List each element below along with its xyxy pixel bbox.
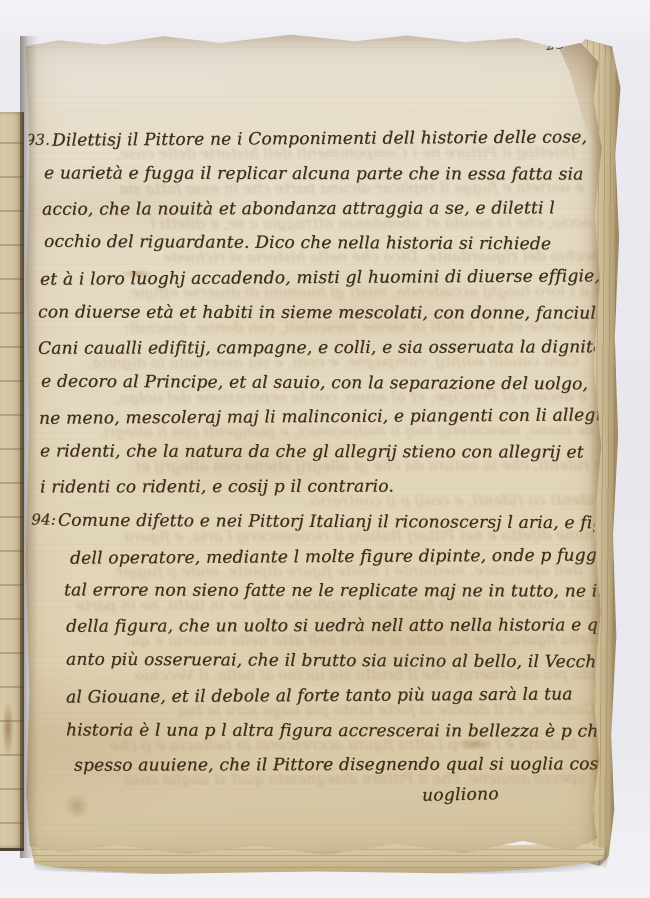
manuscript-line: tal errore non sieno fatte ne le replica… (64, 581, 650, 602)
line-text: i ridenti co ridenti, e cosij p il contr… (40, 477, 394, 498)
line-text: anto più osseruerai, che il brutto sia u… (66, 650, 613, 673)
line-text: et à i loro luoghj accadendo, misti gl h… (40, 266, 600, 289)
line-text: Cani caualli edifitij, campagne, e colli… (38, 337, 609, 358)
catchword: uogliono (422, 784, 499, 806)
manuscript-line: accio, che la nouità et abondanza attrag… (42, 198, 555, 219)
line-text: dell operatore, mediante l molte figure … (70, 545, 611, 568)
gutter-shadow (20, 36, 38, 858)
photo-stage: 23 Dilettisj il Pittore ne i Componiment… (0, 0, 650, 898)
line-text: Comune difetto e nei Pittorj Italianj il… (58, 510, 633, 533)
line-text: e decoro al Principe, et al sauio, con l… (41, 371, 588, 394)
manuscript-line: e uarietà e fugga il replicar alcuna par… (44, 163, 583, 184)
line-text: historia è l una p l altra figura accres… (66, 720, 609, 741)
manuscript-line: anto più osseruerai, che il brutto sia u… (66, 650, 613, 673)
manuscript-line: dell operatore, mediante l molte figure … (70, 545, 611, 568)
manuscript-page: 23 Dilettisj il Pittore ne i Componiment… (24, 33, 604, 859)
manuscript-line: 94:Comune difetto e nei Pittorj Italianj… (58, 510, 633, 533)
manuscript-line: al Giouane, et il debole al forte tanto … (66, 684, 573, 707)
line-text: e ridenti, che la natura da che gl alleg… (40, 442, 584, 463)
line-text: tal errore non sieno fatte ne le replica… (64, 581, 650, 602)
manuscript-line: i ridenti co ridenti, e cosij p il contr… (40, 477, 394, 498)
line-text: Dilettisj il Pittore ne i Componimenti d… (52, 127, 587, 150)
line-text: ne meno, mescoleraj maj li malinconici, … (39, 406, 615, 430)
line-text: con diuerse età et habiti in sieme mesco… (38, 302, 608, 323)
manuscript-text-block: 93.Dilettisj il Pittore ne i Componiment… (36, 129, 596, 829)
manuscript-line: spesso auuiene, che il Pittore disegnend… (74, 755, 609, 776)
manuscript-line: Cani caualli edifitij, campagne, e colli… (38, 337, 609, 358)
manuscript-line: historia è l una p l altra figura accres… (66, 720, 609, 741)
manuscript-line: e ridenti, che la natura da che gl alleg… (40, 442, 584, 463)
line-text: della figura, che un uolto si uedrà nell… (66, 615, 615, 636)
line-text: accio, che la nouità et abondanza attrag… (42, 198, 555, 219)
manuscript-line: et à i loro luoghj accadendo, misti gl h… (40, 266, 600, 289)
line-text: al Giouane, et il debole al forte tanto … (66, 684, 573, 707)
manuscript-line: occhio del riguardante. Dico che nella h… (44, 232, 551, 254)
manuscript-line: ne meno, mescoleraj maj li malinconici, … (39, 406, 615, 430)
line-text: e uarietà e fugga il replicar alcuna par… (44, 163, 583, 184)
folio-number: 23 (545, 36, 567, 54)
line-text: spesso auuiene, che il Pittore disegnend… (74, 755, 609, 776)
manuscript-line: con diuerse età et habiti in sieme mesco… (38, 302, 608, 323)
ink-stain (2, 700, 14, 758)
line-text: occhio del riguardante. Dico che nella h… (44, 232, 551, 254)
manuscript-line: e decoro al Principe, et al sauio, con l… (41, 371, 588, 394)
manuscript-line: 93.Dilettisj il Pittore ne i Componiment… (52, 127, 587, 150)
manuscript-line: della figura, che un uolto si uedrà nell… (66, 615, 615, 636)
